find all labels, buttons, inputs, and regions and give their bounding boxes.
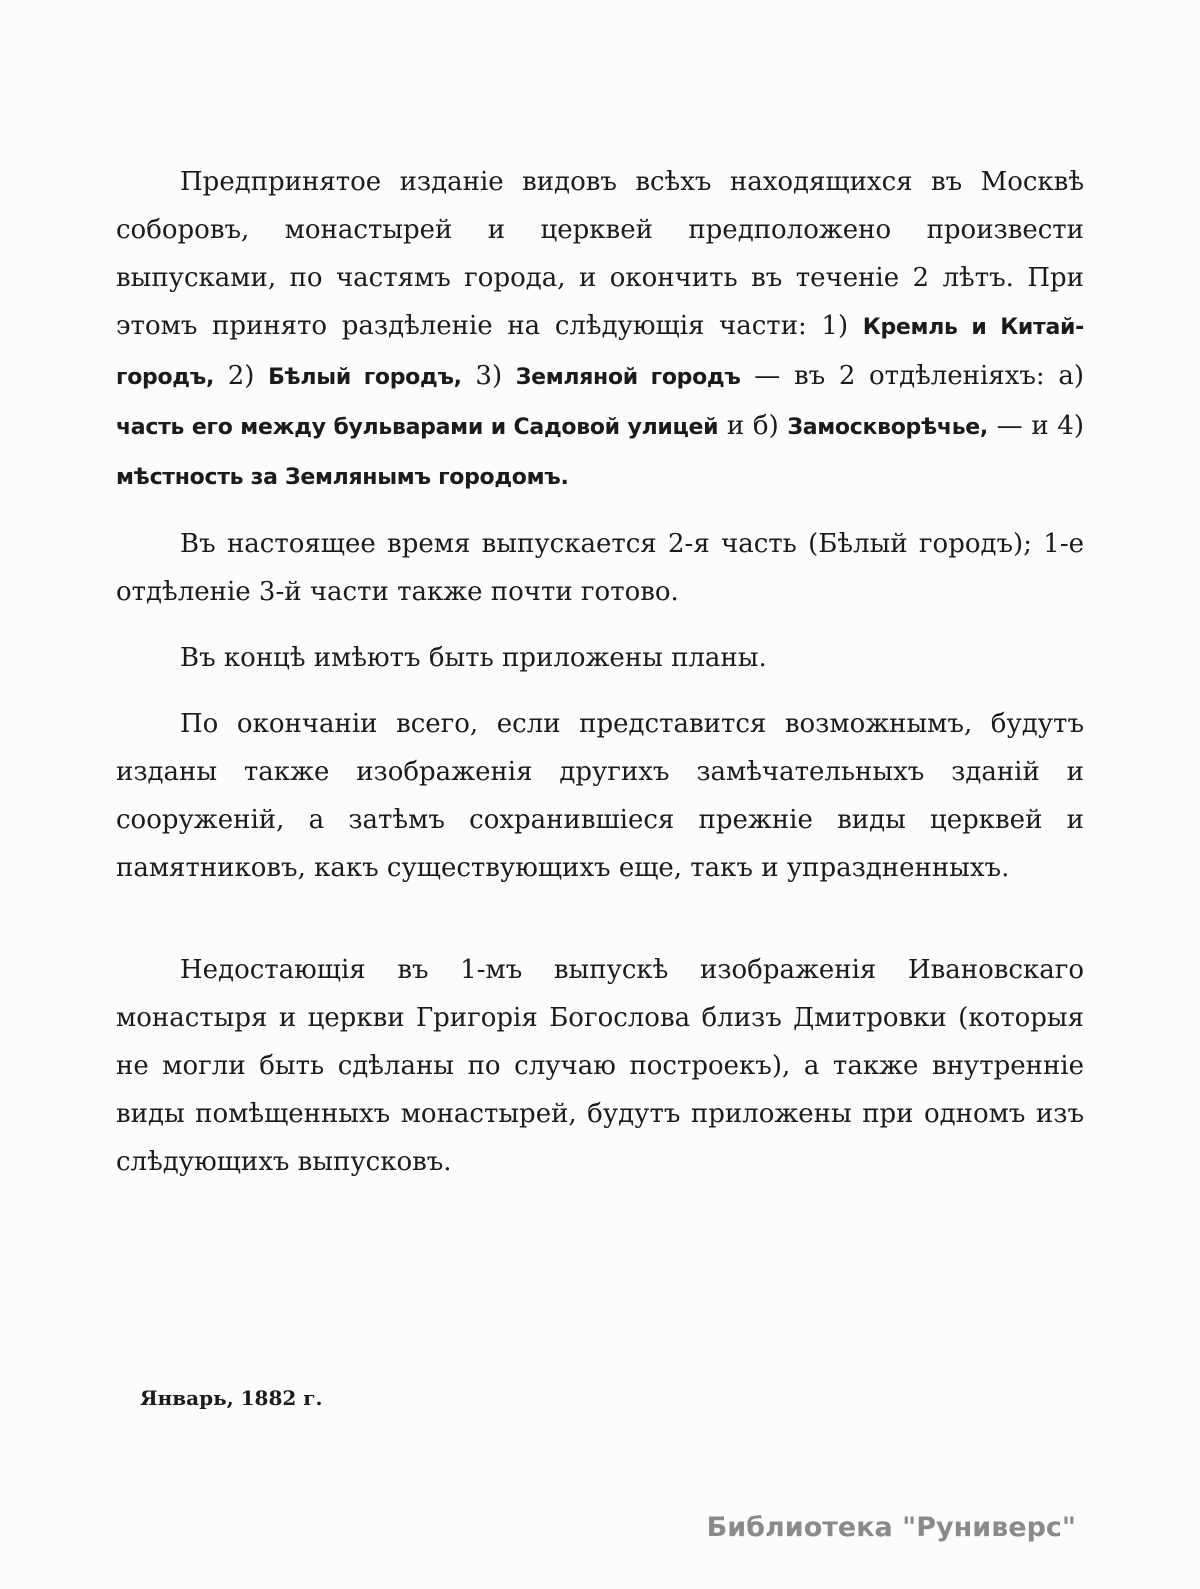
paragraph-publication-plan: Предпринятое изданіе видовъ всѣхъ находя… [116,158,1084,502]
paragraph-text: — и 4) [988,411,1084,441]
district-name-zemlyanoy-gorod: Земляной городъ [516,365,741,390]
paragraph-future-editions: По окончаніи всего, если представится во… [116,700,1084,892]
paragraph-plans-note: Въ концѣ имѣютъ быть приложены планы. [116,634,1084,682]
text-block: Предпринятое изданіе видовъ всѣхъ находя… [116,158,1084,1204]
district-name-beyond-zemlyanoy: мѣстность за Землянымъ городомъ. [116,465,569,490]
scanned-book-page: Предпринятое изданіе видовъ всѣхъ находя… [0,0,1200,1589]
district-name-zamoskvorechye: Замоскворѣчье, [787,415,988,440]
paragraph-missing-images: Недостающія въ 1-мъ выпускѣ изображенія … [116,946,1084,1186]
paragraph-text: — въ 2 отдѣленіяхъ: а) [741,361,1084,391]
district-name-boulevards-sadovaya: часть его между бульварами и Садовой ули… [116,415,718,440]
date-line: Январь, 1882 г. [140,1386,322,1410]
paragraph-text: 3) [462,361,516,391]
library-watermark: Библиотека "Руниверс" [707,1512,1076,1543]
paragraph-current-issue: Въ настоящее время выпускается 2-я часть… [116,520,1084,616]
district-name-bely-gorod: Бѣлый городъ, [268,365,462,390]
paragraph-text: 2) [214,361,268,391]
paragraph-text: и б) [718,411,787,441]
